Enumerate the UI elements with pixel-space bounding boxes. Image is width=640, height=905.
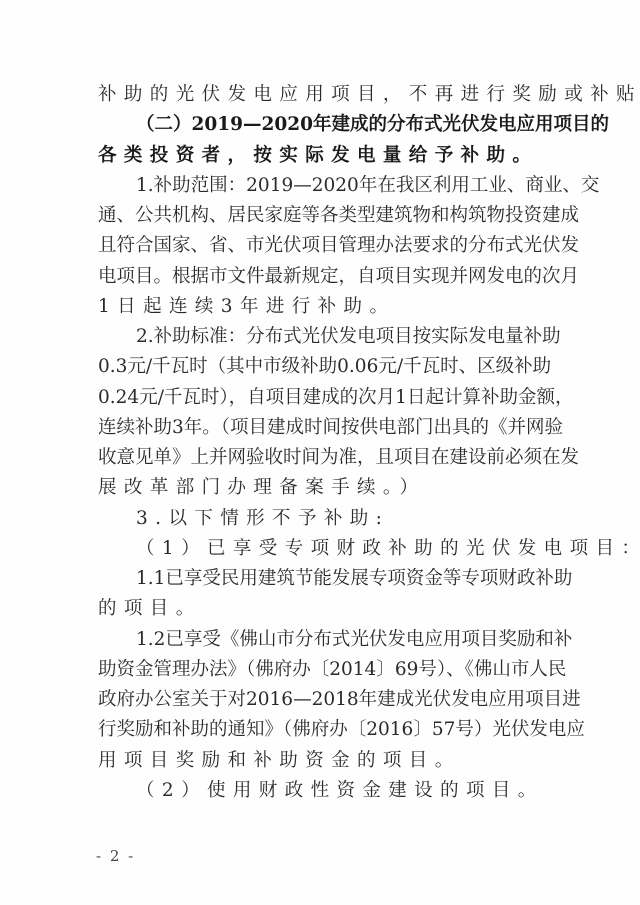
text-line: 且符合国家、省、市光伏项目管理办法要求的分布式光伏发 [98, 231, 544, 261]
text-line: 0.3元/千瓦时（其中市级补助0.06元/千瓦时、区级补助 [98, 352, 544, 382]
text-line: 0.24元/千瓦时），自项目建成的次月1日起计算补助金额， [98, 383, 544, 413]
text-line: 连续补助3年。（项目建成时间按供电部门出具的《并网验 [98, 413, 544, 443]
text-line: 的项目。 [98, 594, 544, 624]
document-page: 补助的光伏发电应用项目，不再进行奖励或补贴。 （二）2019—2020年建成的分… [0, 0, 640, 905]
text-line: 补助的光伏发电应用项目，不再进行奖励或补贴。 [98, 80, 544, 110]
text-line: 3.以下情形不予补助: [98, 504, 544, 534]
text-line: 用项目奖励和补助资金的项目。 [98, 746, 544, 776]
text-line: 1日起连续3年进行补助。 [98, 292, 544, 322]
text-line: 政府办公室关于对2016—2018年建成光伏发电应用项目进 [98, 685, 544, 715]
text-line: 助资金管理办法》（佛府办〔2014〕69号）、《佛山市人民 [98, 655, 544, 685]
text-line: 展改革部门办理备案手续。） [98, 473, 544, 503]
page-number: - 2 - [96, 847, 135, 865]
text-line: 2.补助标准：分布式光伏发电项目按实际发电量补助 [98, 322, 544, 352]
text-line: 收意见单》上并网验收时间为准，且项目在建设前必须在发 [98, 443, 544, 473]
text-line: 通、公共机构、居民家庭等各类型建筑物和构筑物投资建成 [98, 201, 544, 231]
section-heading: （二）2019—2020年建成的分布式光伏发电应用项目的 [98, 110, 544, 140]
text-line: 行奖励和补助的通知》（佛府办〔2016〕57号）光伏发电应 [98, 715, 544, 745]
text-line: 电项目。根据市文件最新规定，自项目实现并网发电的次月 [98, 262, 544, 292]
text-line: 1.补助范围：2019—2020年在我区利用工业、商业、交 [98, 171, 544, 201]
text-line: （1）已享受专项财政补助的光伏发电项目： [98, 534, 544, 564]
text-line: 1.1已享受民用建筑节能发展专项资金等专项财政补助 [98, 564, 544, 594]
section-heading-cont: 各类投资者，按实际发电量给予补助。 [98, 141, 544, 171]
text-line: （2）使用财政性资金建设的项目。 [98, 776, 544, 806]
text-line: 1.2已享受《佛山市分布式光伏发电应用项目奖励和补 [98, 625, 544, 655]
document-body: 补助的光伏发电应用项目，不再进行奖励或补贴。 （二）2019—2020年建成的分… [98, 80, 544, 806]
